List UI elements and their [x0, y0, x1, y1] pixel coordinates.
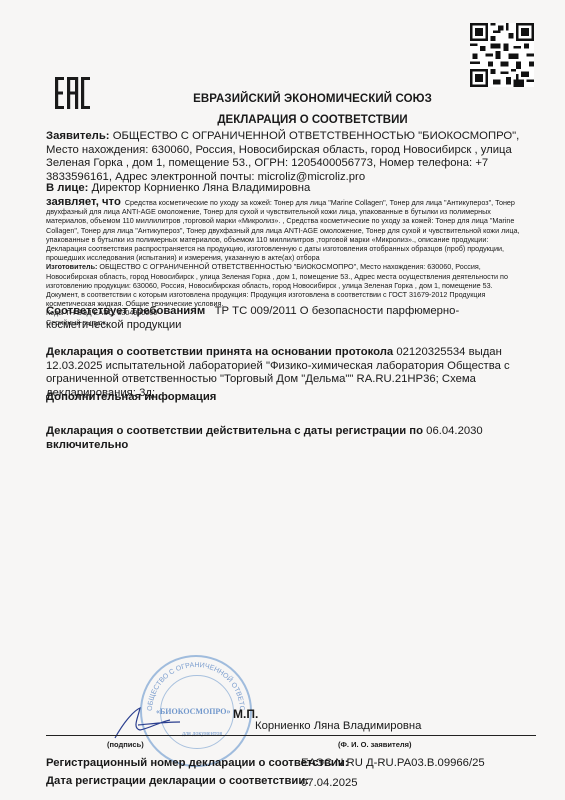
- applicant-section: Заявитель: ОБЩЕСТВО С ОГРАНИЧЕННОЙ ОТВЕТ…: [46, 130, 526, 184]
- applicant-name: Корниенко Ляна Владимировна: [255, 720, 421, 732]
- conforms-label: Соответствует требованиям: [46, 305, 205, 317]
- manufacturer-text: ОБЩЕСТВО С ОГРАНИЧЕННОЙ ОТВЕТСТВЕННОСТЬЮ…: [46, 262, 508, 289]
- document-title: ДЕКЛАРАЦИЯ О СООТВЕТСТВИИ: [0, 114, 565, 126]
- applicant-text: ОБЩЕСТВО С ОГРАНИЧЕННОЙ ОТВЕТСТВЕННОСТЬЮ…: [46, 130, 519, 183]
- reg-date-value: 07.04.2025: [301, 777, 358, 789]
- basis-label: Декларация о соответствии принята на осн…: [46, 346, 393, 358]
- conforms-section: Соответствует требованиям ТР ТС 009/2011…: [46, 305, 526, 332]
- stamp-mp-label: М.П.: [233, 707, 258, 721]
- validity-label: Декларация о соответствии действительна …: [46, 425, 423, 437]
- reg-date-label: Дата регистрации декларации о соответств…: [46, 775, 309, 787]
- represented-text: Директор Корниенко Ляна Владимировна: [92, 182, 311, 194]
- signature-caption: (подпись): [107, 740, 144, 749]
- signature-line: [46, 735, 536, 736]
- declares-text: Средства косметические по уходу за кожей…: [46, 198, 519, 262]
- declares-label: заявляет, что: [46, 196, 121, 208]
- manufacturer-label: Изготовитель:: [46, 262, 97, 271]
- qr-code-icon[interactable]: [470, 23, 534, 87]
- validity-section: Декларация о соответствии действительна …: [46, 425, 526, 452]
- validity-suffix: включительно: [46, 439, 128, 451]
- reg-number-value: ЕАЭС N RU Д-RU.РА03.В.09966/25: [301, 757, 485, 769]
- applicant-label: Заявитель:: [46, 130, 110, 142]
- union-title: ЕВРАЗИЙСКИЙ ЭКОНОМИЧЕСКИЙ СОЮЗ: [0, 93, 565, 105]
- validity-date: 06.04.2030: [426, 425, 483, 437]
- name-caption: (Ф. И. О. заявителя): [338, 740, 412, 749]
- represented-label: В лице:: [46, 182, 88, 194]
- additional-info-label: Дополнительная информация: [46, 391, 526, 405]
- represented-section: В лице: Директор Корниенко Ляна Владимир…: [46, 182, 526, 196]
- signature-scribble-icon: [110, 700, 190, 740]
